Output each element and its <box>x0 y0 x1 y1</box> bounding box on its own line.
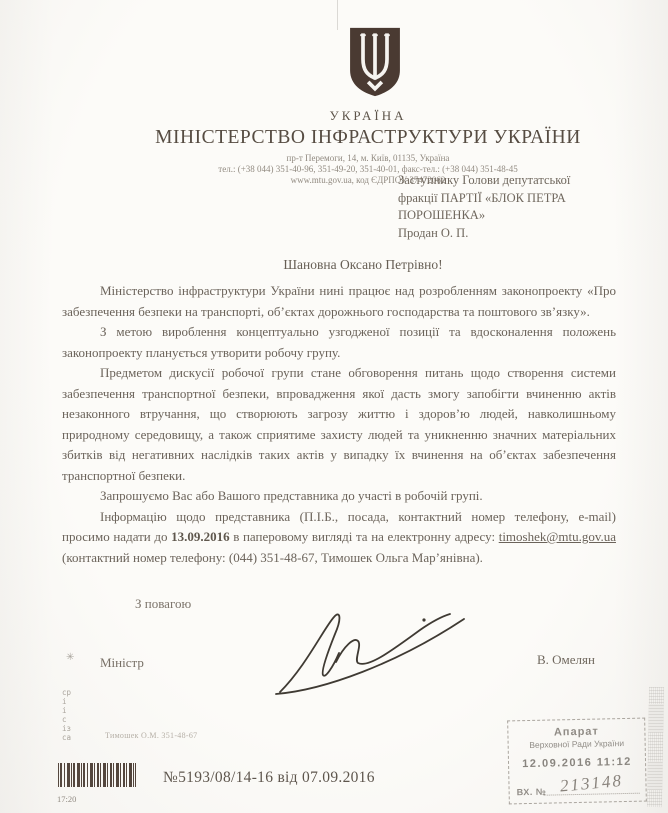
stamp-org-line2: Верховної Ради України <box>509 738 645 751</box>
letterhead: УКРАЇНА МІНІСТЕРСТВО ІНФРАСТРУКТУРИ УКРА… <box>0 26 668 186</box>
p5-post: (контактний номер телефону: (044) 351-48… <box>62 550 483 565</box>
letter-body: Міністерство інфраструктури України нині… <box>62 281 616 568</box>
barcode-timestamp: 17:20 <box>57 794 137 804</box>
body-paragraph-5: Інформацію щодо представника (П.І.Б., по… <box>62 507 616 569</box>
body-paragraph-4: Запрошуємо Вас або Вашого представника д… <box>62 486 616 507</box>
salutation: Шановна Оксано Петрівно! <box>0 257 668 273</box>
signer-name: В. Омелян <box>537 652 595 668</box>
barcode <box>57 762 137 788</box>
closing-regards: З повагою <box>135 596 191 612</box>
signer-position: Міністр <box>100 655 144 671</box>
ukraine-trident-emblem-icon <box>345 26 405 103</box>
country-label: УКРАЇНА <box>68 108 668 124</box>
recipient-line: ПОРОШЕНКА» <box>398 207 628 225</box>
contact-email: timoshek@mtu.gov.ua <box>499 529 616 544</box>
recipient-block: Заступнику Голови депутатської фракції П… <box>398 172 628 242</box>
letterhead-address: пр-т Перемоги, 14, м. Київ, 01135, Украї… <box>68 153 668 164</box>
scan-margin-marks: ср і і с із са <box>62 688 71 742</box>
body-paragraph-1: Міністерство інфраструктури України нині… <box>62 281 616 322</box>
incoming-registration-stamp: Апарат Верховної Ради України 12.09.2016… <box>507 718 647 805</box>
asterisk-mark-icon: ✳ <box>66 652 74 663</box>
ministry-title: МІНІСТЕРСТВО ІНФРАСТРУКТУРИ УКРАЇНИ <box>68 127 668 149</box>
deadline-date: 13.09.2016 <box>171 529 230 544</box>
recipient-line: фракції ПАРТІЇ «БЛОК ПЕТРА <box>398 190 628 208</box>
p5-mid: в паперовому вигляді та на електронну ад… <box>230 529 499 544</box>
recipient-name: Продан О. П. <box>398 225 628 243</box>
scan-noise-strip <box>647 687 664 807</box>
handwritten-signature <box>272 608 472 701</box>
stamp-inbox-label: ВХ. № <box>517 787 547 798</box>
recipient-line: Заступнику Голови депутатської <box>398 172 628 190</box>
outgoing-reference-number: №5193/08/14-16 від 07.09.2016 <box>163 769 375 787</box>
scanned-letter-page: УКРАЇНА МІНІСТЕРСТВО ІНФРАСТРУКТУРИ УКРА… <box>0 0 668 813</box>
barcode-block: 17:20 <box>57 762 137 804</box>
body-paragraph-3: Предметом дискусії робочої групи стане о… <box>62 363 616 486</box>
stamp-datetime: 12.09.2016 11:12 <box>509 756 645 771</box>
executor-note: Тимошек О.М. 351-48-67 <box>105 731 197 740</box>
body-paragraph-2: З метою вироблення концептуально узгодже… <box>62 322 616 363</box>
